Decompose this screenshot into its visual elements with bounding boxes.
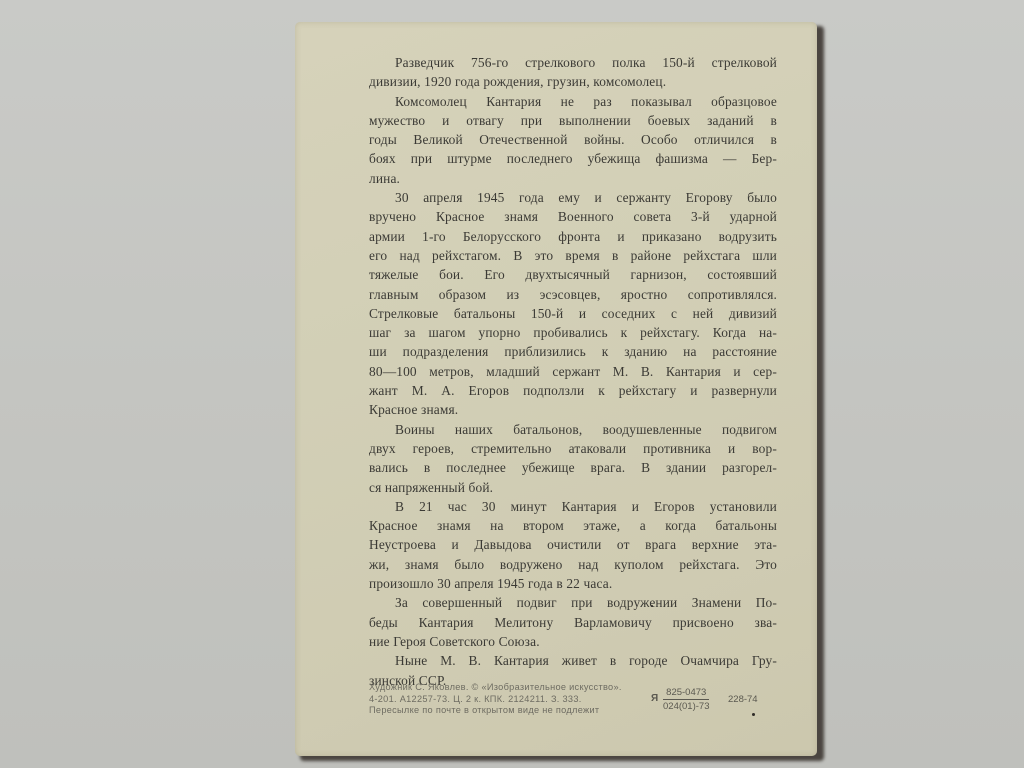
text-line: боях при штурме последнего убежища фашиз… — [369, 149, 777, 168]
text-line: ши подразделения приблизились к зданию н… — [369, 342, 777, 361]
text-line: В 21 час 30 минут Кантария и Егоров уста… — [369, 497, 777, 516]
index-denominator: 024(01)-73 — [663, 700, 709, 712]
ink-speck — [651, 605, 653, 607]
text-line: За совершенный подвиг при водружении Зна… — [369, 593, 777, 612]
text-line: Неустроева и Давыдова очистили от врага … — [369, 535, 777, 554]
publisher-imprint: Художник С. Яковлев. © «Изобразительное … — [369, 682, 789, 717]
text-line: армии 1-го Белорусского фронта и приказа… — [369, 227, 777, 246]
text-line: лина. — [369, 169, 777, 188]
ink-speck — [752, 713, 755, 716]
text-line: дивизии, 1920 года рождения, грузин, ком… — [369, 72, 777, 91]
catalog-number: 4-201. А12257-73. Ц. 2 к. КПК. 2124211. … — [369, 694, 789, 706]
text-line: Красное знамя. — [369, 400, 777, 419]
paragraph: За совершенный подвиг при водружении Зна… — [369, 593, 777, 651]
text-line: тяжелые бои. Его двухтысячный гарнизон, … — [369, 265, 777, 284]
text-line: жи, знамя было водружено над куполом рей… — [369, 555, 777, 574]
paragraph: Воины наших батальонов, воодушевленные п… — [369, 420, 777, 497]
paragraph: Комсомолец Кантария не раз показывал обр… — [369, 92, 777, 188]
text-line: 30 апреля 1945 года ему и сержанту Егоро… — [369, 188, 777, 207]
text-line: шаг за шагом упорно пробивались к рейхст… — [369, 323, 777, 342]
text-line: Комсомолец Кантария не раз показывал обр… — [369, 92, 777, 111]
text-line: Стрелковые батальоны 150-й и соседних с … — [369, 304, 777, 323]
text-line: Разведчик 756-го стрелкового полка 150-й… — [369, 53, 777, 72]
postcard-back: Разведчик 756-го стрелкового полка 150-й… — [295, 22, 817, 756]
text-line: вручено Красное знамя Военного совета 3-… — [369, 207, 777, 226]
text-line: годы Великой Отечественной войны. Особо … — [369, 130, 777, 149]
text-line: вались в последнее убежище врага. В здан… — [369, 458, 777, 477]
paragraph: 30 апреля 1945 года ему и сержанту Егоро… — [369, 188, 777, 420]
index-letter: Я — [651, 693, 658, 704]
mail-notice: Пересылке по почте в открытом виде не по… — [369, 705, 789, 717]
text-line: произошло 30 апреля 1945 года в 22 часа. — [369, 574, 777, 593]
text-line: его над рейхстагом. В это время в районе… — [369, 246, 777, 265]
text-line: мужество и отвагу при выполнении боевых … — [369, 111, 777, 130]
text-line: беды Кантария Мелитону Варламовичу присв… — [369, 613, 777, 632]
artist-credit: Художник С. Яковлев. © «Изобразительное … — [369, 682, 789, 694]
index-suffix: 228-74 — [728, 694, 758, 705]
text-line: главным образом из эсэсовцев, яростно со… — [369, 285, 777, 304]
text-line: 80—100 метров, младший сержант М. В. Кан… — [369, 362, 777, 381]
text-line: двух героев, стремительно атаковали прот… — [369, 439, 777, 458]
text-line: Ныне М. В. Кантария живет в городе Очамч… — [369, 651, 777, 670]
index-fraction: 825-0473 024(01)-73 — [663, 687, 709, 712]
text-line: Красное знамя на втором этаже, а когда б… — [369, 516, 777, 535]
paragraph: Разведчик 756-го стрелкового полка 150-й… — [369, 53, 777, 92]
paragraph: В 21 час 30 минут Кантария и Егоров уста… — [369, 497, 777, 593]
index-numerator: 825-0473 — [663, 687, 709, 700]
text-line: ние Героя Советского Союза. — [369, 632, 777, 651]
text-line: жант М. А. Егоров подползли к рейхстагу … — [369, 381, 777, 400]
text-line: ся напряженный бой. — [369, 478, 777, 497]
biography-text: Разведчик 756-го стрелкового полка 150-й… — [369, 53, 777, 690]
text-line: Воины наших батальонов, воодушевленные п… — [369, 420, 777, 439]
